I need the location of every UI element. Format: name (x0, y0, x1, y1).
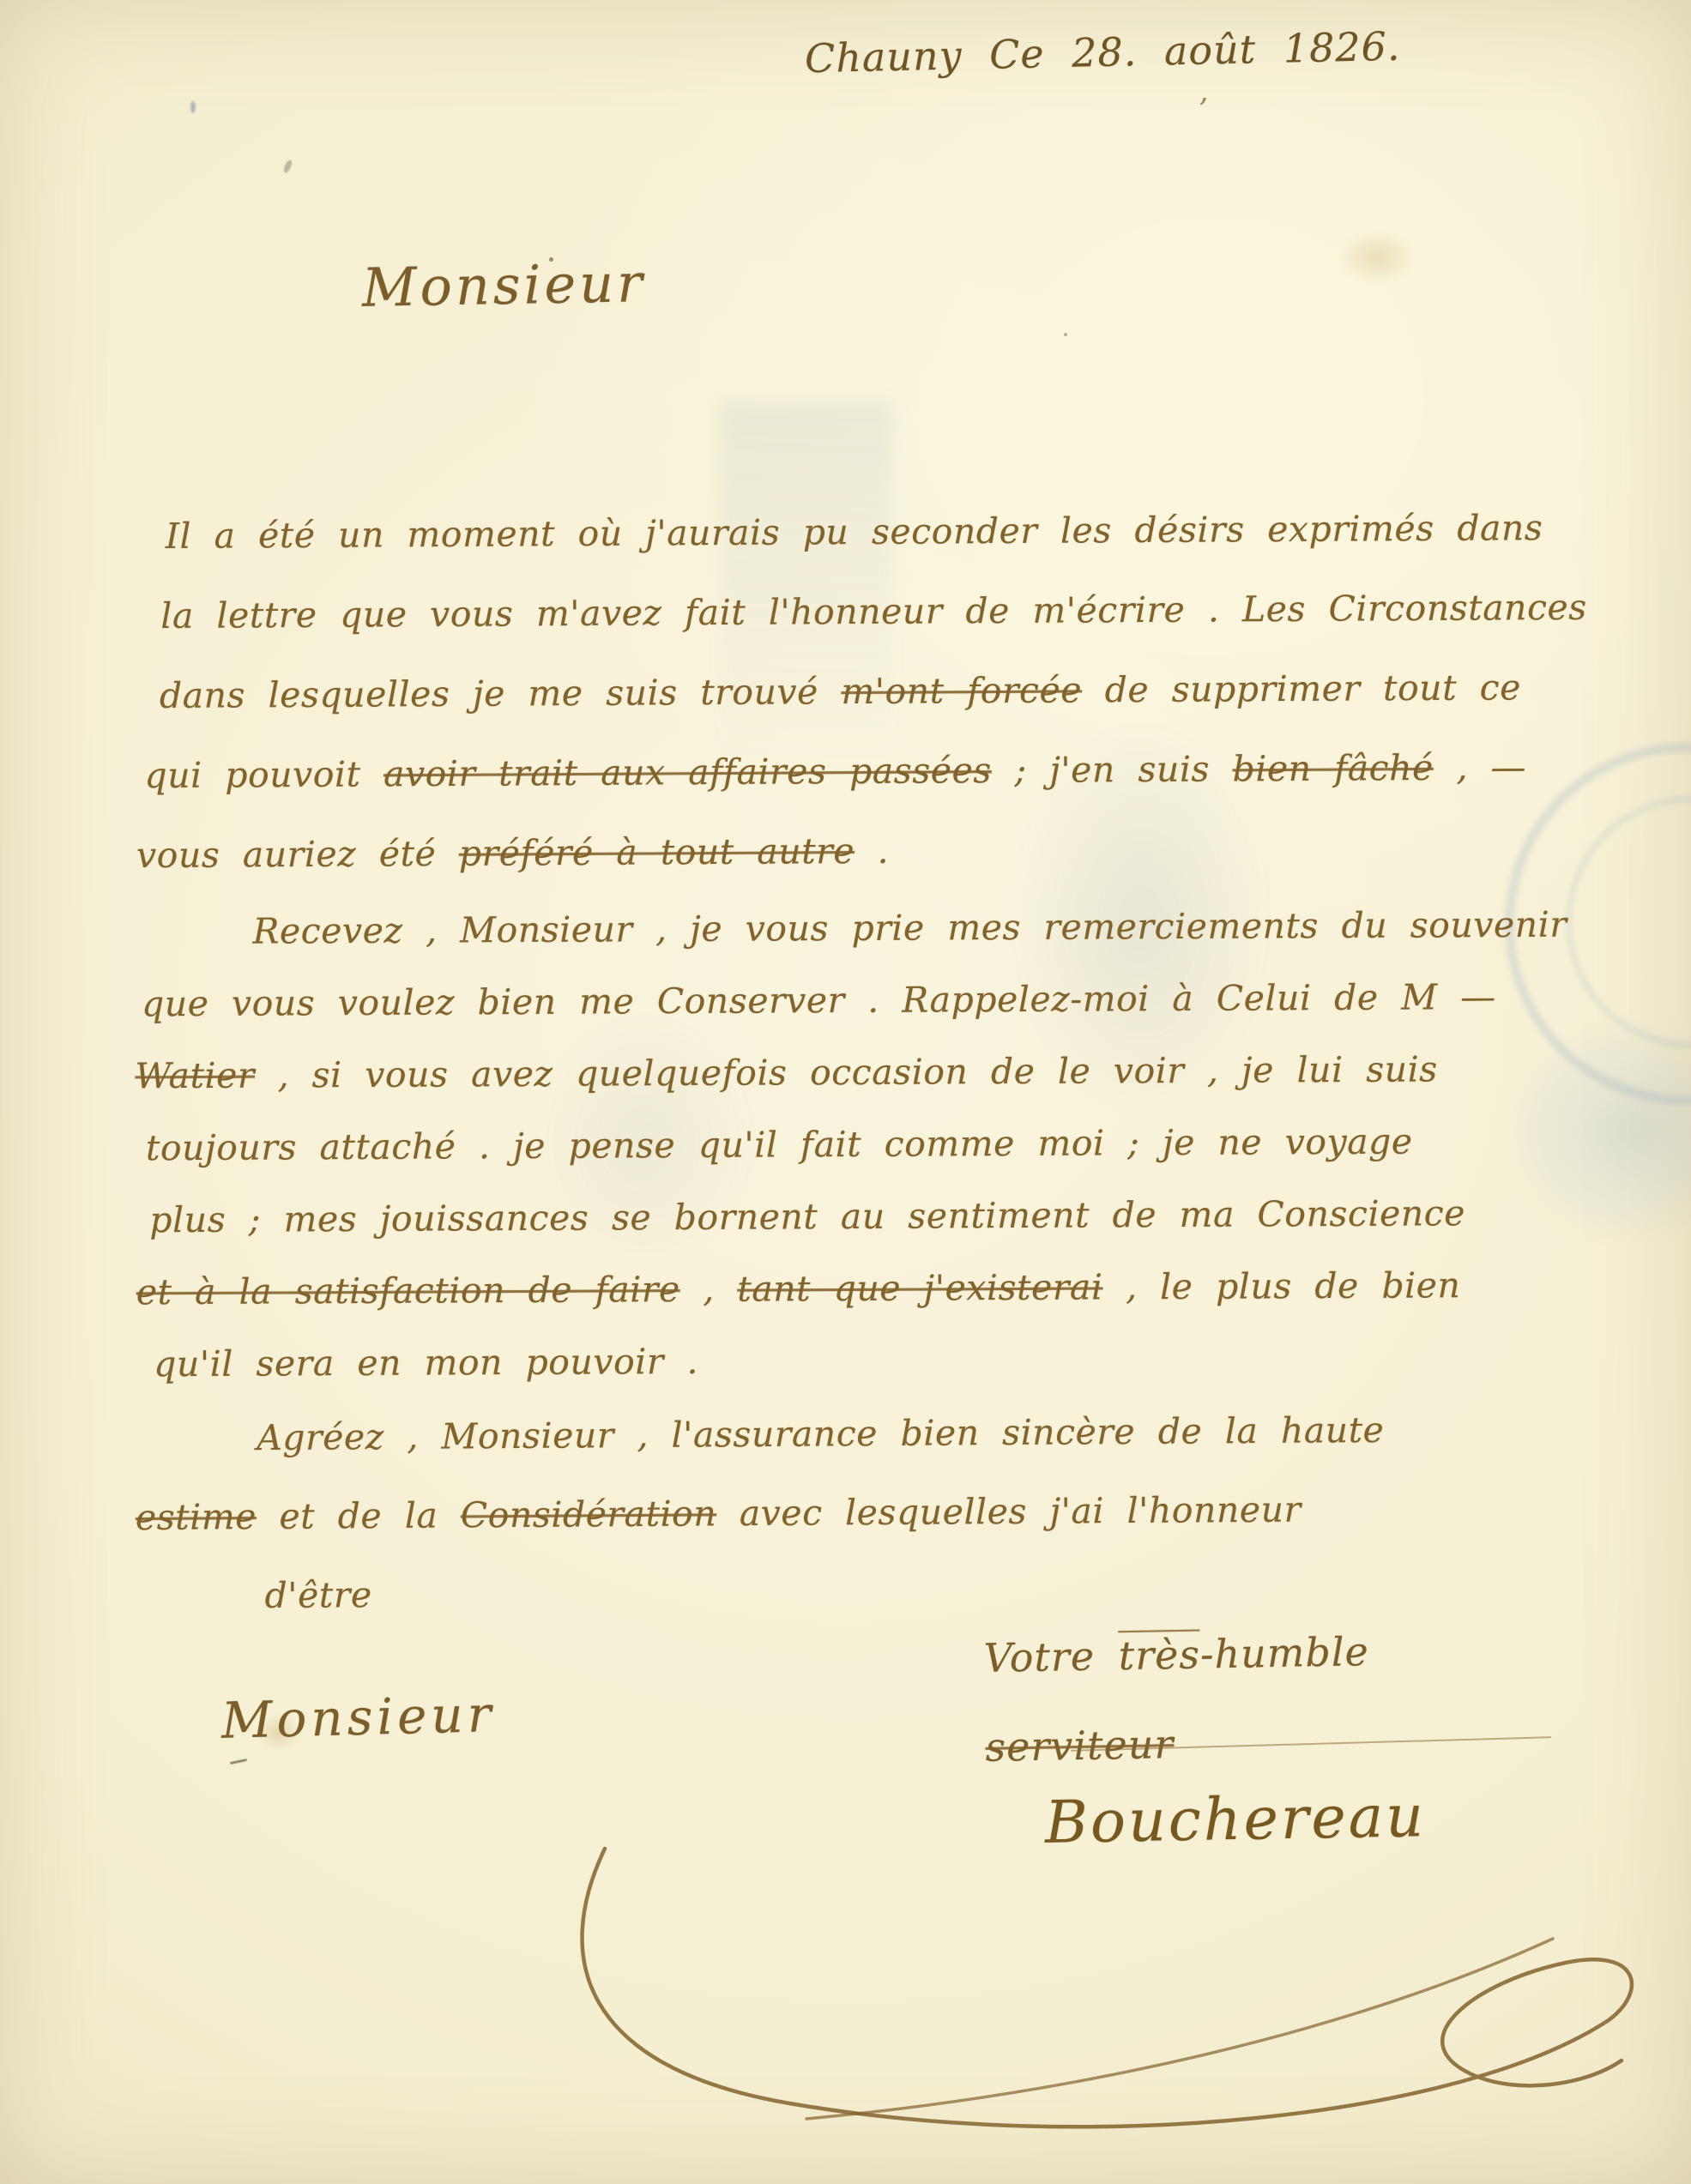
letter-line: Il a été un moment où j'aurais pu second… (135, 507, 1587, 595)
stray-ink-mark: ʼ (1198, 93, 1207, 127)
salutation-text: Monsieur (361, 251, 646, 319)
text-segment: , (680, 1269, 738, 1310)
text-segment: . (855, 830, 889, 872)
letter-line: dans lesquelles je me suis trouvé m'ont … (136, 667, 1588, 755)
letter-line: vous auriez été préféré à tout autre . (136, 826, 1589, 914)
signature-flourish (532, 1836, 1664, 2145)
text-segment: toujours attaché . je pense qu'il fait c… (146, 1121, 1413, 1169)
struck-text-segment: préféré à tout autre (459, 830, 855, 874)
paper-speck (282, 159, 293, 173)
dateline: Chauny Ce 28. août 1826. (805, 23, 1401, 82)
letter-line: qu'il sera en mon pouvoir . (136, 1336, 1569, 1416)
text-segment: , le plus de bien (1102, 1264, 1460, 1307)
text-segment: avec lesquelles j'ai l'honneur (716, 1489, 1301, 1535)
ink-dash-mark (230, 1759, 247, 1765)
struck-text-segment: estime (136, 1496, 257, 1538)
struck-text-segment: Considération (461, 1493, 717, 1535)
struck-text-segment: et à la satisfaction de faire (136, 1269, 680, 1312)
paper-speck (190, 101, 196, 113)
text-segment: , si vous avez quelquefois occasion de l… (255, 1048, 1438, 1095)
text-segment: -humble (1200, 1628, 1370, 1677)
valediction-line: Votre très-humble (983, 1628, 1370, 1724)
struck-text-segment: Watier (135, 1055, 255, 1097)
text-segment: d'être (264, 1574, 371, 1616)
letter-line: qui pouvoit avoir trait aux affaires pas… (136, 746, 1588, 835)
letter-line: que vous voulez bien me Conserver . Rapp… (135, 976, 1567, 1056)
letter-line: la lettre que vous m'avez fait l'honneur… (135, 587, 1587, 675)
letter-line: toujours attaché . je pense qu'il fait c… (136, 1120, 1568, 1200)
text-segment: Votre (983, 1632, 1119, 1681)
letter-line: Watier , si vous avez quelquefois occasi… (135, 1048, 1567, 1128)
text-segment: dans lesquelles je me suis trouvé (160, 671, 842, 716)
paper-speck (1064, 333, 1067, 336)
paper-stain (1338, 232, 1416, 283)
letter-line: plus ; mes jouissances se bornent au sen… (136, 1192, 1568, 1272)
text-segment: plus ; mes jouissances se bornent au sen… (149, 1192, 1465, 1240)
text-segment: Agréez , Monsieur , l'assurance bien sin… (257, 1409, 1384, 1458)
struck-text-segment: tant que j'existerai (737, 1266, 1102, 1309)
letter-page: Chauny Ce 28. août 1826. ʼ Monsieur Il a… (0, 0, 1691, 2184)
struck-text-segment: serviteur (985, 1721, 1175, 1771)
text-segment: vous auriez été (136, 833, 459, 876)
struck-text-segment: m'ont forcée (841, 669, 1082, 712)
letter-line: estime et de la Considération avec lesqu… (136, 1488, 1386, 1576)
text-segment: qui pouvoit (144, 753, 383, 796)
text-segment: Recevez , Monsieur , je vous prie mes re… (252, 904, 1567, 952)
text-segment: Il a été un moment où j'aurais pu second… (166, 507, 1543, 557)
text-segment: de supprimer tout ce (1082, 667, 1521, 710)
text-segment: la lettre que vous m'avez fait l'honneur… (160, 587, 1587, 636)
text-segment: et de la (257, 1494, 461, 1537)
letter-line: Recevez , Monsieur , je vous prie mes re… (134, 904, 1567, 984)
text-segment: ; j'en suis (992, 748, 1233, 791)
struck-text-segment: avoir trait aux affaires passées (383, 750, 992, 794)
letter-line: Agréez , Monsieur , l'assurance bien sin… (135, 1409, 1385, 1497)
paragraph-1: Il a été un moment où j'aurais pu second… (135, 507, 1589, 914)
text-segment: , — (1434, 746, 1526, 788)
struck-text-segment: bien fâché (1232, 747, 1434, 789)
recipient-label: Monsieur (220, 1685, 496, 1750)
salutation: Monsieur (361, 251, 646, 319)
overlined-text-segment: très (1118, 1632, 1200, 1680)
text-segment: qu'il sera en mon pouvoir . (154, 1341, 698, 1385)
recipient-text: Monsieur (220, 1685, 496, 1750)
text-segment: que vous voulez bien me Conserver . Rapp… (142, 976, 1496, 1024)
paragraph-3: Agréez , Monsieur , l'assurance bien sin… (135, 1409, 1386, 1655)
paragraph-2: Recevez , Monsieur , je vous prie mes re… (134, 904, 1569, 1416)
dateline-text: Chauny Ce 28. août 1826. (805, 23, 1401, 82)
letter-line: et à la satisfaction de faire , tant que… (136, 1264, 1569, 1344)
